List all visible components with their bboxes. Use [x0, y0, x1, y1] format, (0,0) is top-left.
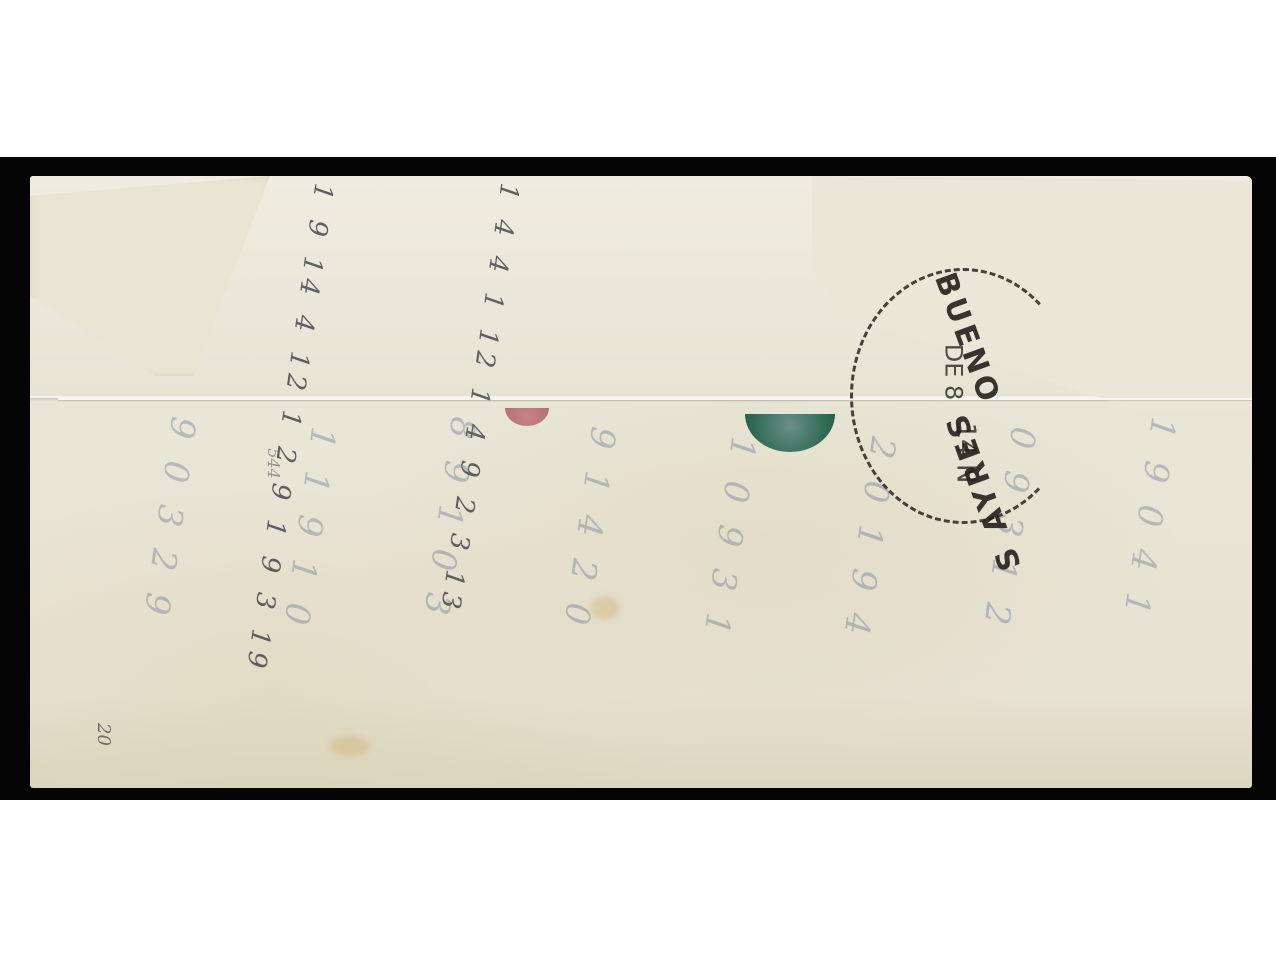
postmark-date: DE 8: [939, 344, 967, 401]
pencil-notation: 544: [264, 448, 283, 479]
handwriting-column: 1 0 9 3 1: [696, 434, 762, 643]
folded-letter: 1 9 14 4 12 1 2 9 1 9 3 19 1 4 4 1 12 1 …: [30, 176, 1252, 788]
buenos-ayres-postmark: BUENO DE 8 14 N S AYRES: [840, 258, 1090, 538]
handwriting-column: 1 1 9 1 0: [276, 424, 342, 633]
handwriting-column: 8 9 1 0 3: [416, 414, 482, 623]
handwriting-column: 1 9 0 4 1: [1116, 414, 1182, 623]
foxing-stain: [330, 736, 370, 756]
red-wafer-seal: [505, 408, 549, 426]
pencil-notation: 20: [93, 723, 114, 746]
handwriting-column: 9 0 3 2 9: [136, 414, 202, 623]
green-wafer-seal: [745, 414, 835, 452]
foxing-stain: [590, 596, 620, 620]
